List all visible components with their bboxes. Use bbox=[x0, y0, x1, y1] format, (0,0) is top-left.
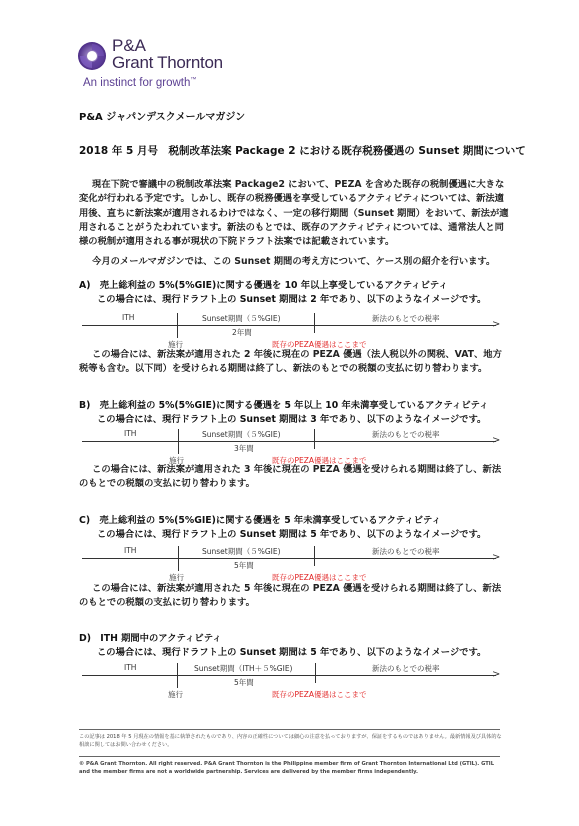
timeline-duration: 3年間 bbox=[234, 443, 254, 454]
timeline-end-tick bbox=[314, 546, 315, 566]
timeline-end-tick bbox=[314, 313, 315, 333]
issue-title: 2018 年 5 月号 税制改革法案 Package 2 における既存税務優遇の… bbox=[79, 143, 526, 158]
intro-summary: 今月のメールマガジンでは、この Sunset 期間の考え方について、ケース別の紹… bbox=[79, 255, 509, 269]
timeline-segment-sunset: Sunset期間（ITH＋５%GIE) bbox=[194, 663, 292, 674]
trademark-mark: ™ bbox=[190, 77, 196, 83]
timeline-start-tick bbox=[177, 663, 178, 688]
timeline-end-label: 既存のPEZA優遇はここまで bbox=[272, 689, 367, 700]
timeline-segment-new-law: 新法のもとでの税率 bbox=[372, 546, 440, 557]
timeline-duration: 5年間 bbox=[234, 677, 254, 688]
timeline-axis bbox=[82, 441, 496, 442]
timeline-axis bbox=[82, 558, 496, 559]
timeline-duration: 5年間 bbox=[234, 560, 254, 571]
tagline-text: An instinct for growth bbox=[83, 77, 190, 89]
timeline-end-tick bbox=[314, 429, 315, 449]
timeline-segment-sunset: Sunset期間（５%GIE) bbox=[202, 313, 281, 324]
company-logo: P&A Grant Thornton An instinct for growt… bbox=[77, 37, 237, 97]
case-c-subheading: この場合には、現行ドラフト上の Sunset 期間は 5 年であり、以下のような… bbox=[97, 528, 486, 542]
case-b-heading: B) 売上総利益の 5%(5%GIE)に関する優遇を 5 年以上 10 年未満享… bbox=[79, 399, 488, 413]
timeline-segment-ith: ITH bbox=[122, 313, 134, 322]
arrow-right-icon: > bbox=[492, 670, 500, 680]
arrow-right-icon: > bbox=[492, 436, 500, 446]
footer-divider-2 bbox=[79, 756, 500, 757]
timeline-start-tick bbox=[178, 546, 179, 571]
arrow-right-icon: > bbox=[492, 553, 500, 563]
timeline-start-tick bbox=[178, 429, 179, 454]
timeline-segment-new-law: 新法のもとでの税率 bbox=[372, 313, 440, 324]
timeline-start-label: 施行 bbox=[168, 689, 183, 700]
logo-tagline: An instinct for growth™ bbox=[83, 77, 196, 89]
case-d-subheading: この場合には、現行ドラフト上の Sunset 期間は 5 年であり、以下のような… bbox=[97, 646, 486, 660]
case-b-explanation: この場合には、新法案が適用された 3 年後に現在の PEZA 優遇を受けられる期… bbox=[79, 463, 509, 492]
footer-divider bbox=[79, 729, 500, 730]
timeline-segment-sunset: Sunset期間（５%GIE) bbox=[202, 546, 281, 557]
timeline-axis bbox=[82, 325, 496, 326]
case-d-heading: D) ITH 期間中のアクティビティ bbox=[79, 632, 222, 646]
timeline-start-tick bbox=[177, 313, 178, 338]
grant-thornton-logo-icon bbox=[77, 41, 107, 71]
logo-text-grant-thornton: Grant Thornton bbox=[112, 54, 223, 72]
timeline-segment-new-law: 新法のもとでの税率 bbox=[372, 663, 440, 674]
timeline-segment-ith: ITH bbox=[124, 546, 136, 555]
footer-copyright: © P&A Grant Thornton. All right reserved… bbox=[79, 760, 504, 776]
timeline-segment-new-law: 新法のもとでの税率 bbox=[372, 429, 440, 440]
timeline-segment-ith: ITH bbox=[124, 429, 136, 438]
case-a-heading: A) 売上総利益の 5%(5%GIE)に関する優遇を 10 年以上享受しているア… bbox=[79, 279, 448, 293]
arrow-right-icon: > bbox=[492, 320, 500, 330]
intro-paragraph: 現在下院で審議中の税制改革法案 Package2 において、PEZA を含めた既… bbox=[79, 178, 509, 249]
timeline-segment-ith: ITH bbox=[124, 663, 136, 672]
case-a-subheading: この場合には、現行ドラフト上の Sunset 期間は 2 年であり、以下のような… bbox=[97, 293, 486, 307]
case-d-timeline: > ITH Sunset期間（ITH＋５%GIE) 新法のもとでの税率 5年間 … bbox=[82, 660, 502, 706]
timeline-end-tick bbox=[315, 663, 316, 683]
case-c-explanation: この場合には、新法案が適用された 5 年後に現在の PEZA 優遇を受けられる期… bbox=[79, 582, 509, 611]
timeline-axis bbox=[82, 675, 496, 676]
timeline-duration: 2年間 bbox=[232, 327, 252, 338]
case-c-heading: C) 売上総利益の 5%(5%GIE)に関する優遇を 5 年未満享受しているアク… bbox=[79, 514, 441, 528]
case-a-explanation: この場合には、新法案が適用された 2 年後に現在の PEZA 優遇（法人税以外の… bbox=[79, 348, 509, 377]
footer-disclaimer: この記事は 2018 年 5 月現在の情報を基に執筆されたものであり、内容の正確… bbox=[79, 733, 504, 749]
timeline-segment-sunset: Sunset期間（５%GIE) bbox=[202, 429, 281, 440]
magazine-title: P&A ジャパンデスクメールマガジン bbox=[79, 108, 245, 123]
